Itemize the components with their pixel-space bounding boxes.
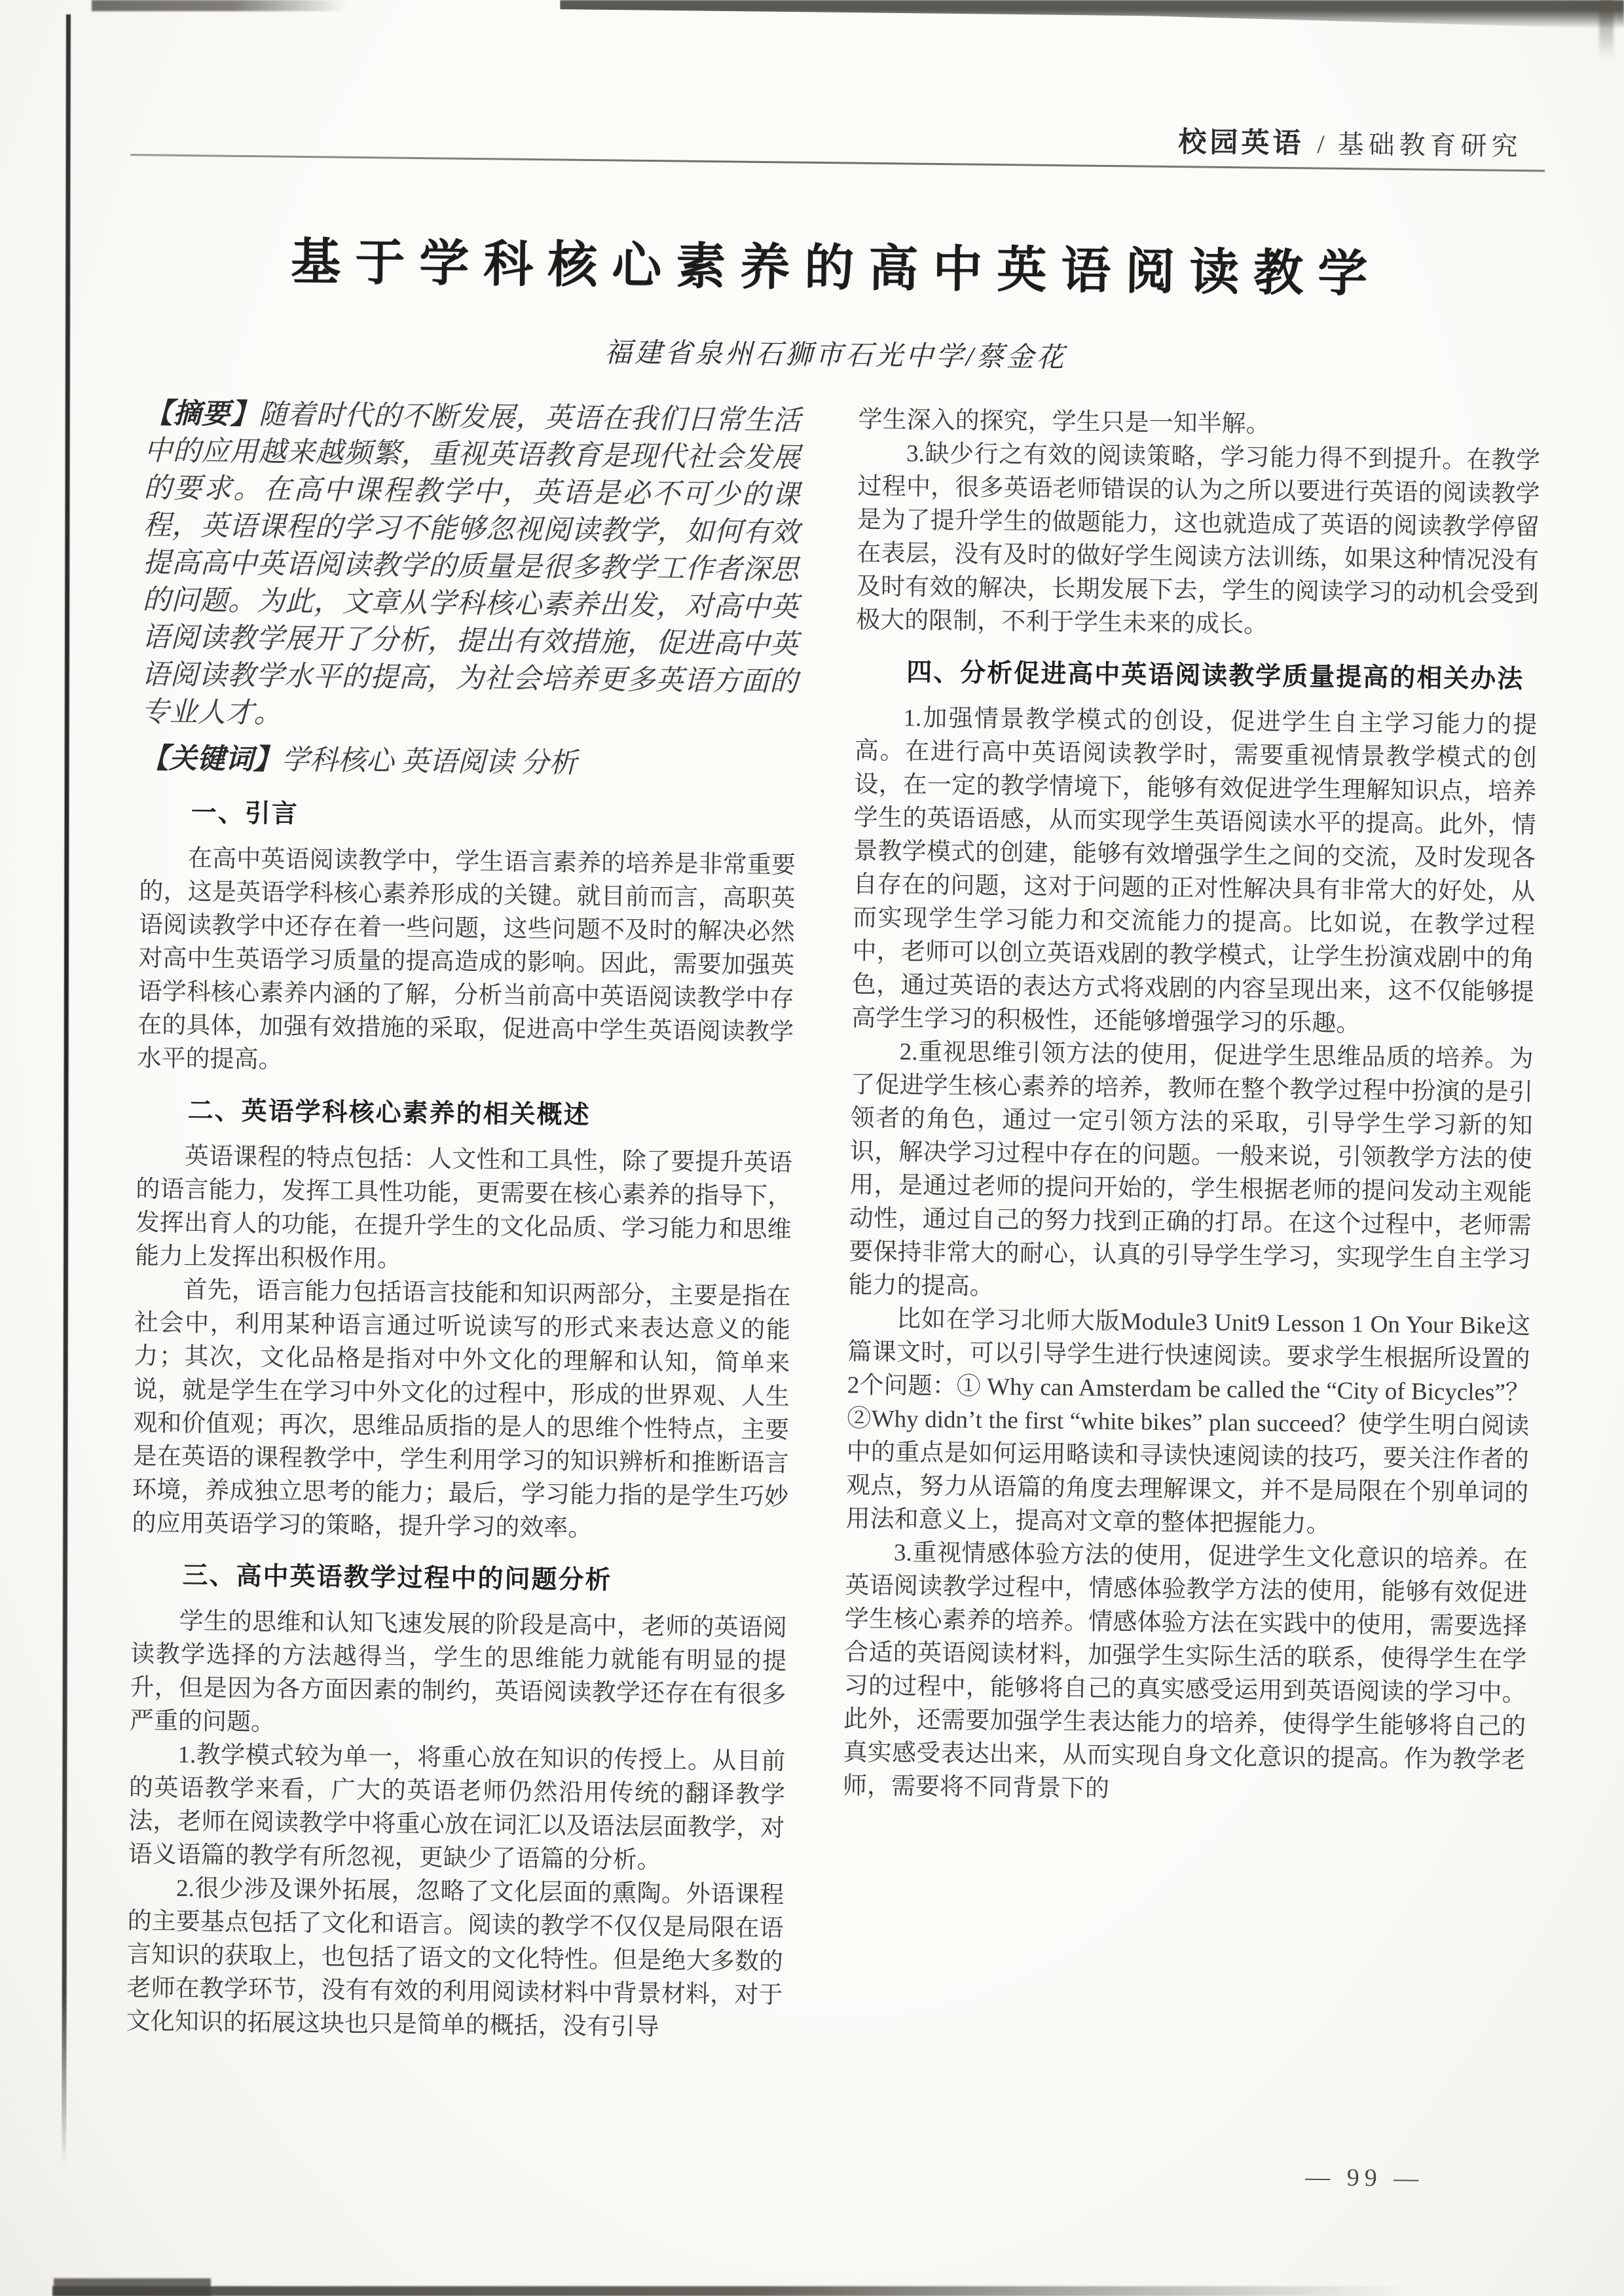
paragraph-s3-2: 1.教学模式较为单一，将重心放在知识的传授上。从目前的英语教学来看，广大的英语老… bbox=[128, 1738, 785, 1878]
scan-smudge-top-corner bbox=[1599, 0, 1614, 59]
scan-edge-top-left bbox=[92, 0, 347, 11]
section-heading-3: 三、高中英语教学过程中的问题分析 bbox=[131, 1558, 788, 1599]
section-heading-1: 一、引言 bbox=[140, 795, 797, 837]
page-number: — 99 — bbox=[1305, 2163, 1424, 2193]
keywords-paragraph: 【关键词】学科核心 英语阅读 分析 bbox=[140, 740, 797, 784]
header-divider: / bbox=[1317, 129, 1325, 160]
keywords-text: 学科核心 英语阅读 分析 bbox=[281, 744, 577, 778]
section-heading-2: 二、英语学科核心素养的相关概述 bbox=[136, 1093, 793, 1135]
paragraph-s4-4: 3.重视情感体验方法的使用，促进学生文化意识的培养。在英语阅读教学过程中，情感体… bbox=[843, 1535, 1528, 1810]
scanned-journal-page: 校园英语 / 基础教育研究 基于学科核心素养的高中英语阅读教学 福建省泉州石狮市… bbox=[0, 0, 1624, 2296]
journal-section-name: 基础教育研究 bbox=[1337, 124, 1522, 163]
running-header: 校园英语 / 基础教育研究 bbox=[130, 108, 1545, 162]
paragraph-s1-1: 在高中英语阅读教学中，学生语言素养的培养是非常重要的，这是英语学科核心素养形成的… bbox=[137, 841, 796, 1082]
scan-edge-bottom bbox=[52, 2286, 1467, 2296]
paragraph-s4-1: 1.加强情景教学模式的创设，促进学生自主学习能力的提高。在进行高中英语阅读教学时… bbox=[851, 701, 1538, 1042]
page-content: 校园英语 / 基础教育研究 基于学科核心素养的高中英语阅读教学 福建省泉州石狮市… bbox=[109, 108, 1545, 2054]
paragraph-s3-4: 3.缺少行之有效的阅读策略，学习能力得不到提升。在教学过程中，很多英语老师错误的… bbox=[856, 436, 1540, 644]
two-column-body: 【摘要】随着时代的不断发展，英语在我们日常生活中的应用越来越频繁，重视英语教育是… bbox=[126, 395, 1542, 2054]
article-title: 基于学科核心素养的高中英语阅读教学 bbox=[129, 219, 1544, 306]
abstract-paragraph: 【摘要】随着时代的不断发展，英语在我们日常生活中的应用越来越频繁，重视英语教育是… bbox=[141, 395, 801, 738]
paragraph-s4-3: 比如在学习北师大版Module3 Unit9 Lesson 1 On Your … bbox=[845, 1302, 1530, 1543]
paragraph-s4-2: 2.重视思维引领方法的使用，促进学生思维品质的培养。为了促进学生核心素养的培养，… bbox=[848, 1034, 1534, 1309]
scan-edge-left-line bbox=[62, 14, 71, 2165]
journal-name: 校园英语 bbox=[1178, 120, 1304, 161]
scan-edge-bottom-left bbox=[54, 2278, 211, 2296]
author-affiliation: 福建省泉州石狮市石光中学/蔡金花 bbox=[128, 325, 1543, 380]
abstract-text: 随着时代的不断发展，英语在我们日常生活中的应用越来越频繁，重视英语教育是现代社会… bbox=[141, 399, 801, 729]
paragraph-s2-2: 首先，语言能力包括语言技能和知识两部分，主要是指在社会中，利用某种语言通过听说读… bbox=[132, 1273, 791, 1547]
scan-edge-top-right bbox=[560, 0, 1624, 29]
left-column: 【摘要】随着时代的不断发展，英语在我们日常生活中的应用越来越频繁，重视英语教育是… bbox=[126, 395, 801, 2045]
right-column: 学生深入的探究，学生只是一知半解。 3.缺少行之有效的阅读策略，学习能力得不到提… bbox=[840, 403, 1540, 2054]
section-heading-4: 四、分析促进高中英语阅读教学质量提高的相关办法 bbox=[855, 655, 1538, 697]
paragraph-s3-3: 2.很少涉及课外拓展，忽略了文化层面的熏陶。外语课程的主要基点包括了文化和语言。… bbox=[126, 1871, 784, 2045]
paragraph-s3-1: 学生的思维和认知飞速发展的阶段是高中，老师的英语阅读教学选择的方法越得当，学生的… bbox=[130, 1604, 787, 1745]
keywords-label: 【关键词】 bbox=[140, 743, 282, 775]
paragraph-s2-1: 英语课程的特点包括：人文性和工具性，除了要提升英语的语言能力，发挥工具性功能，更… bbox=[135, 1139, 792, 1280]
abstract-label: 【摘要】 bbox=[144, 398, 259, 430]
